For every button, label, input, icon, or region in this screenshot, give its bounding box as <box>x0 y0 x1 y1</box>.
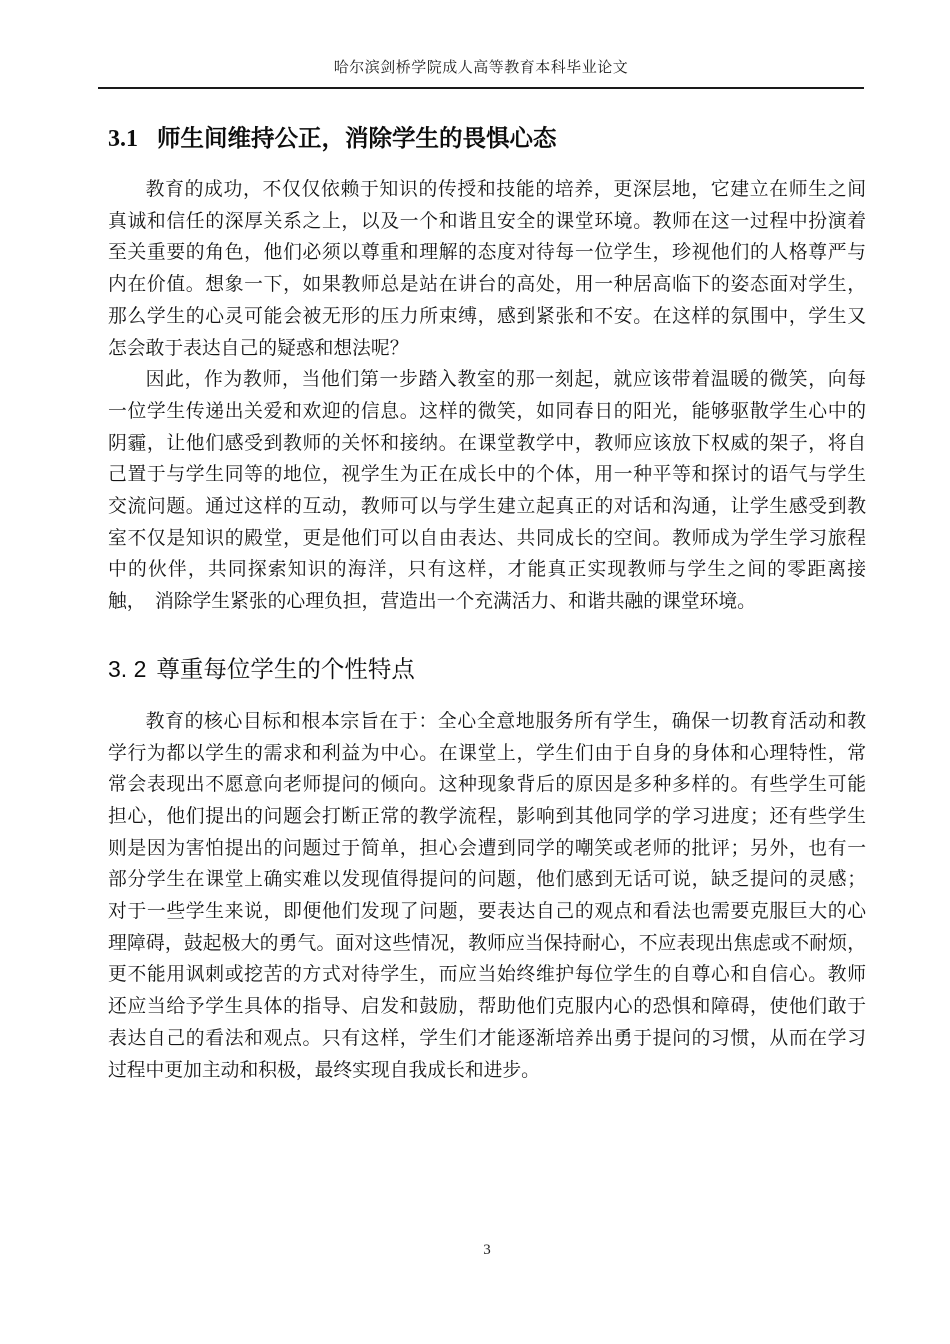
document-page: 哈尔滨剑桥学院成人高等教育本科毕业论文 3.1师生间维持公正，消除学生的畏惧心态… <box>0 0 950 1344</box>
paragraph-line: 学行为都以学生的需求和利益为中心。在课堂上，学生们由于自身的身体和心理特性，常 <box>108 738 866 770</box>
section-3-2: 3. 2尊重每位学生的个性特点 教育的核心目标和根本宗旨在于：全心全意地服务所有… <box>108 654 866 1086</box>
paragraph-line: 中的伙伴，共同探索知识的海洋，只有这样，才能真正实现教师与学生之间的零距离接 <box>108 554 866 586</box>
page-number: 3 <box>483 1242 491 1258</box>
paragraph-line: 过程中更加主动和积极，最终实现自我成长和进步。 <box>108 1055 866 1087</box>
paragraph-line: 教育的核心目标和根本宗旨在于：全心全意地服务所有学生，确保一切教育活动和教 <box>108 706 866 738</box>
paragraph-line: 己置于与学生同等的地位，视学生为正在成长中的个体，用一种平等和探讨的语气与学生 <box>108 459 866 491</box>
paragraph: 因此，作为教师，当他们第一步踏入教室的那一刻起，就应该带着温暖的微笑，向每一位学… <box>108 364 866 618</box>
paragraph: 教育的成功，不仅仅依赖于知识的传授和技能的培养，更深层地，它建立在师生之间真诚和… <box>108 174 866 364</box>
paragraph-line: 至关重要的角色，他们必须以尊重和理解的态度对待每一位学生，珍视他们的人格尊严与 <box>108 237 866 269</box>
paragraph-line: 内在价值。想象一下，如果教师总是站在讲台的高处，用一种居高临下的姿态面对学生， <box>108 269 866 301</box>
running-header-title: 哈尔滨剑桥学院成人高等教育本科毕业论文 <box>98 58 864 78</box>
section-heading: 3.1师生间维持公正，消除学生的畏惧心态 <box>108 123 866 154</box>
paragraph-line: 一位学生传递出关爱和欢迎的信息。这样的微笑，如同春日的阳光，能够驱散学生心中的 <box>108 396 866 428</box>
paragraph-line: 那么学生的心灵可能会被无形的压力所束缚，感到紧张和不安。在这样的氛围中，学生又 <box>108 301 866 333</box>
paragraph-line: 更不能用讽刺或挖苦的方式对待学生，而应当始终维护每位学生的自尊心和自信心。教师 <box>108 959 866 991</box>
paragraph: 教育的核心目标和根本宗旨在于：全心全意地服务所有学生，确保一切教育活动和教学行为… <box>108 706 866 1086</box>
document-body: 3.1师生间维持公正，消除学生的畏惧心态 教育的成功，不仅仅依赖于知识的传授和技… <box>108 123 866 1086</box>
paragraph-line: 常会表现出不愿意向老师提问的倾向。这种现象背后的原因是多种多样的。有些学生可能 <box>108 769 866 801</box>
paragraph-line: 室不仅是知识的殿堂，更是他们可以自由表达、共同成长的空间。教师成为学生学习旅程 <box>108 523 866 555</box>
paragraph-line: 表达自己的看法和观点。只有这样，学生们才能逐渐培养出勇于提问的习惯，从而在学习 <box>108 1023 866 1055</box>
section-heading: 3. 2尊重每位学生的个性特点 <box>108 654 866 685</box>
paragraph-line: 触， 消除学生紧张的心理负担，营造出一个充满活力、和谐共融的课堂环境。 <box>108 586 866 618</box>
paragraph-line: 因此，作为教师，当他们第一步踏入教室的那一刻起，就应该带着温暖的微笑，向每 <box>108 364 866 396</box>
paragraph-line: 还应当给予学生具体的指导、启发和鼓励，帮助他们克服内心的恐惧和障碍，使他们敢于 <box>108 991 866 1023</box>
paragraph-line: 教育的成功，不仅仅依赖于知识的传授和技能的培养，更深层地，它建立在师生之间 <box>108 174 866 206</box>
paragraph-line: 真诚和信任的深厚关系之上，以及一个和谐且安全的课堂环境。教师在这一过程中扮演着 <box>108 206 866 238</box>
section-3-1: 3.1师生间维持公正，消除学生的畏惧心态 教育的成功，不仅仅依赖于知识的传授和技… <box>108 123 866 618</box>
section-number: 3. 2 <box>108 656 146 682</box>
paragraph-line: 担心，他们提出的问题会打断正常的教学流程，影响到其他同学的学习进度；还有些学生 <box>108 801 866 833</box>
paragraph-line: 部分学生在课堂上确实难以发现值得提问的问题，他们感到无话可说，缺乏提问的灵感； <box>108 864 866 896</box>
section-paragraphs: 教育的成功，不仅仅依赖于知识的传授和技能的培养，更深层地，它建立在师生之间真诚和… <box>108 174 866 618</box>
paragraph-line: 理障碍，鼓起极大的勇气。面对这些情况，教师应当保持耐心，不应表现出焦虑或不耐烦， <box>108 928 866 960</box>
section-title: 师生间维持公正，消除学生的畏惧心态 <box>157 125 557 151</box>
page-footer: 3 <box>108 1242 866 1259</box>
section-paragraphs: 教育的核心目标和根本宗旨在于：全心全意地服务所有学生，确保一切教育活动和教学行为… <box>108 706 866 1086</box>
section-title: 尊重每位学生的个性特点 <box>156 656 415 682</box>
section-number: 3.1 <box>108 126 138 152</box>
paragraph-line: 对于一些学生来说，即便他们发现了问题，要表达自己的观点和看法也需要克服巨大的心 <box>108 896 866 928</box>
paragraph-line: 怎会敢于表达自己的疑惑和想法呢？ <box>108 333 866 365</box>
paragraph-line: 则是因为害怕提出的问题过于简单，担心会遭到同学的嘲笑或老师的批评；另外，也有一 <box>108 833 866 865</box>
paragraph-line: 阴霾，让他们感受到教师的关怀和接纳。在课堂教学中，教师应该放下权威的架子，将自 <box>108 428 866 460</box>
page-header: 哈尔滨剑桥学院成人高等教育本科毕业论文 <box>98 58 864 89</box>
paragraph-line: 交流问题。通过这样的互动，教师可以与学生建立起真正的对话和沟通，让学生感受到教 <box>108 491 866 523</box>
